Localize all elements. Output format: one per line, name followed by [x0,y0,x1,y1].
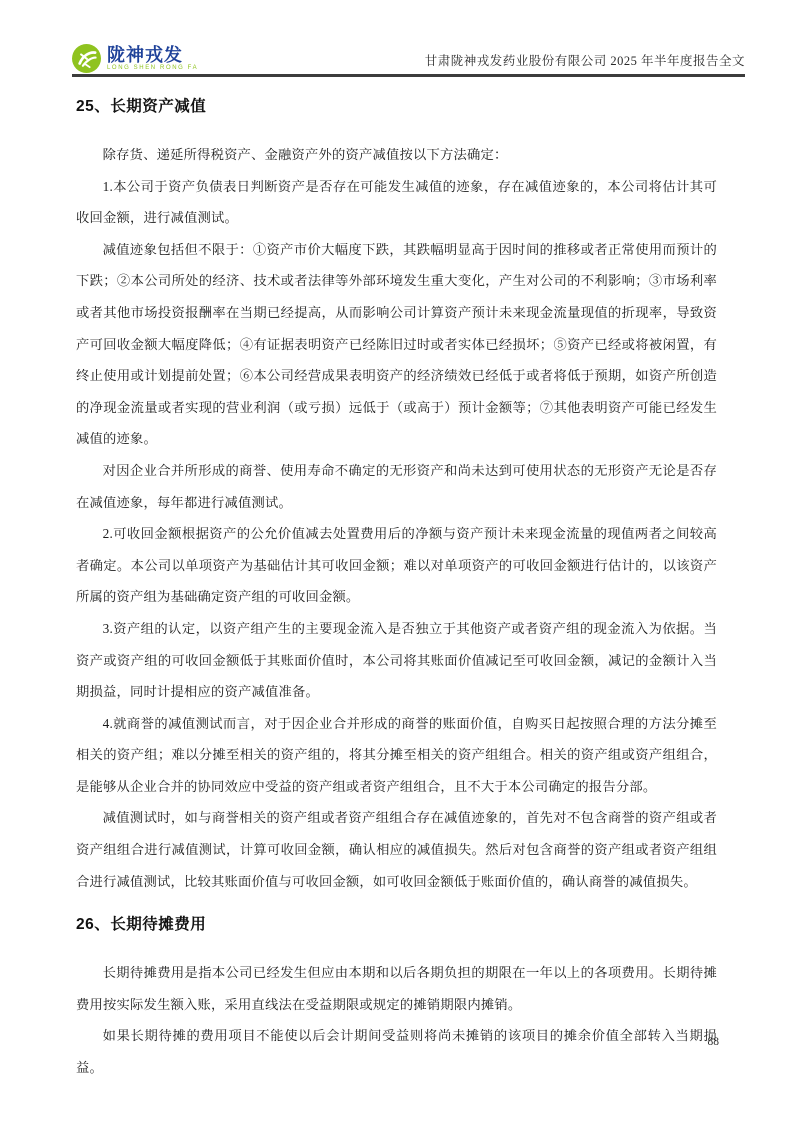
section-heading-25: 25、长期资产减值 [76,94,717,116]
page-header: 陇神戎发 LONG SHEN RONG FA 甘肃陇神戎发药业股份有限公司 20… [72,0,745,77]
paragraph: 1.本公司于资产负债表日判断资产是否存在可能发生减值的迹象，存在减值迹象的，本公… [76,171,717,234]
logo-text-cn: 陇神戎发 [107,46,198,64]
logo-text-en: LONG SHEN RONG FA [107,65,198,72]
page-number: 88 [708,1036,720,1048]
paragraph: 4.就商誉的减值测试而言，对于因企业合并形成的商誉的账面价值，自购买日起按照合理… [76,708,717,803]
company-logo: 陇神戎发 LONG SHEN RONG FA [72,44,198,74]
paragraph: 如果长期待摊的费用项目不能使以后会计期间受益则将尚未摊销的该项目的摊余价值全部转… [76,1020,717,1083]
paragraph: 对因企业合并所形成的商誉、使用寿命不确定的无形资产和尚未达到可使用状态的无形资产… [76,455,717,518]
logo-text: 陇神戎发 LONG SHEN RONG FA [107,46,198,72]
paragraph: 减值迹象包括但不限于：①资产市价大幅度下跌，其跌幅明显高于因时间的推移或者正常使… [76,234,717,455]
paragraph: 除存货、递延所得税资产、金融资产外的资产减值按以下方法确定： [76,139,717,171]
paragraph: 3.资产组的认定，以资产组产生的主要现金流入是否独立于其他资产或者资产组的现金流… [76,613,717,708]
report-page: 陇神戎发 LONG SHEN RONG FA 甘肃陇神戎发药业股份有限公司 20… [0,0,793,1122]
header-title: 甘肃陇神戎发药业股份有限公司 2025 年半年度报告全文 [425,51,745,74]
paragraph: 2.可收回金额根据资产的公允价值减去处置费用后的净额与资产预计未来现金流量的现值… [76,518,717,613]
logo-icon [72,44,101,73]
paragraph: 减值测试时，如与商誉相关的资产组或者资产组组合存在减值迹象的，首先对不包含商誉的… [76,802,717,897]
paragraph: 长期待摊费用是指本公司已经发生但应由本期和以后各期负担的期限在一年以上的各项费用… [76,957,717,1020]
report-content: 25、长期资产减值 除存货、递延所得税资产、金融资产外的资产减值按以下方法确定：… [76,77,717,1084]
section-heading-26: 26、长期待摊费用 [76,912,717,934]
